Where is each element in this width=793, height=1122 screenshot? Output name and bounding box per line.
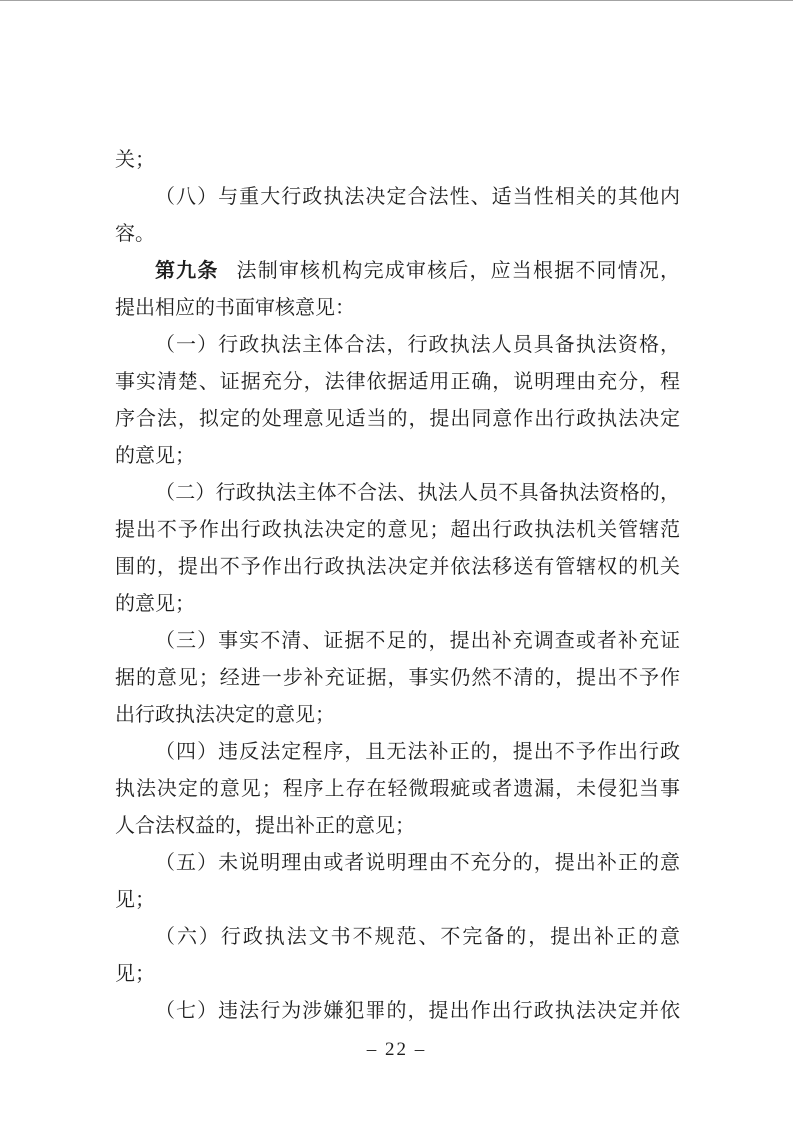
text-line: 执法决定的意见；程序上存在轻微瑕疵或者遗漏，未侵犯当事 [115, 771, 680, 808]
body-text: 关； （八）与重大行政执法决定合法性、适当性相关的其他内 容。 第九条法制审核机… [115, 142, 680, 1030]
text-line: 人合法权益的，提出补正的意见； [115, 808, 680, 845]
article-number: 第九条 [155, 260, 219, 282]
text-line: 围的，提出不予作出行政执法决定并依法移送有管辖权的机关 [115, 549, 680, 586]
text-line: （七）违法行为涉嫌犯罪的，提出作出行政执法决定并依 [115, 993, 680, 1030]
text-line: （四）违反法定程序，且无法补正的，提出不予作出行政 [115, 734, 680, 771]
page-number: – 22 – [0, 1037, 793, 1063]
text-line: （二）行政执法主体不合法、执法人员不具备执法资格的， [115, 475, 680, 512]
text-line: 提出不予作出行政执法决定的意见；超出行政执法机关管辖范 [115, 512, 680, 549]
text-line: 的意见； [115, 586, 680, 623]
text-line: 见； [115, 956, 680, 993]
text-line: 提出相应的书面审核意见： [115, 290, 680, 327]
text-line: （五）未说明理由或者说明理由不充分的，提出补正的意 [115, 845, 680, 882]
text-line: 的意见； [115, 438, 680, 475]
article-heading-text: 法制审核机构完成审核后，应当根据不同情况， [237, 260, 680, 282]
text-line: （八）与重大行政执法决定合法性、适当性相关的其他内 [115, 179, 680, 216]
text-line: （六）行政执法文书不规范、不完备的，提出补正的意 [115, 919, 680, 956]
text-line: 关； [115, 142, 680, 179]
text-line: 见； [115, 882, 680, 919]
text-line-article-heading: 第九条法制审核机构完成审核后，应当根据不同情况， [115, 253, 680, 290]
text-line: （三）事实不清、证据不足的，提出补充调查或者补充证 [115, 623, 680, 660]
text-line: 据的意见；经进一步补充证据，事实仍然不清的，提出不予作 [115, 660, 680, 697]
text-line: 出行政执法决定的意见； [115, 697, 680, 734]
text-line: （一）行政执法主体合法，行政执法人员具备执法资格， [115, 327, 680, 364]
text-line: 容。 [115, 216, 680, 253]
text-line: 事实清楚、证据充分，法律依据适用正确，说明理由充分，程 [115, 364, 680, 401]
scan-edge-line [0, 0, 793, 1]
text-line: 序合法，拟定的处理意见适当的，提出同意作出行政执法决定 [115, 401, 680, 438]
document-page: 关； （八）与重大行政执法决定合法性、适当性相关的其他内 容。 第九条法制审核机… [0, 0, 793, 1122]
